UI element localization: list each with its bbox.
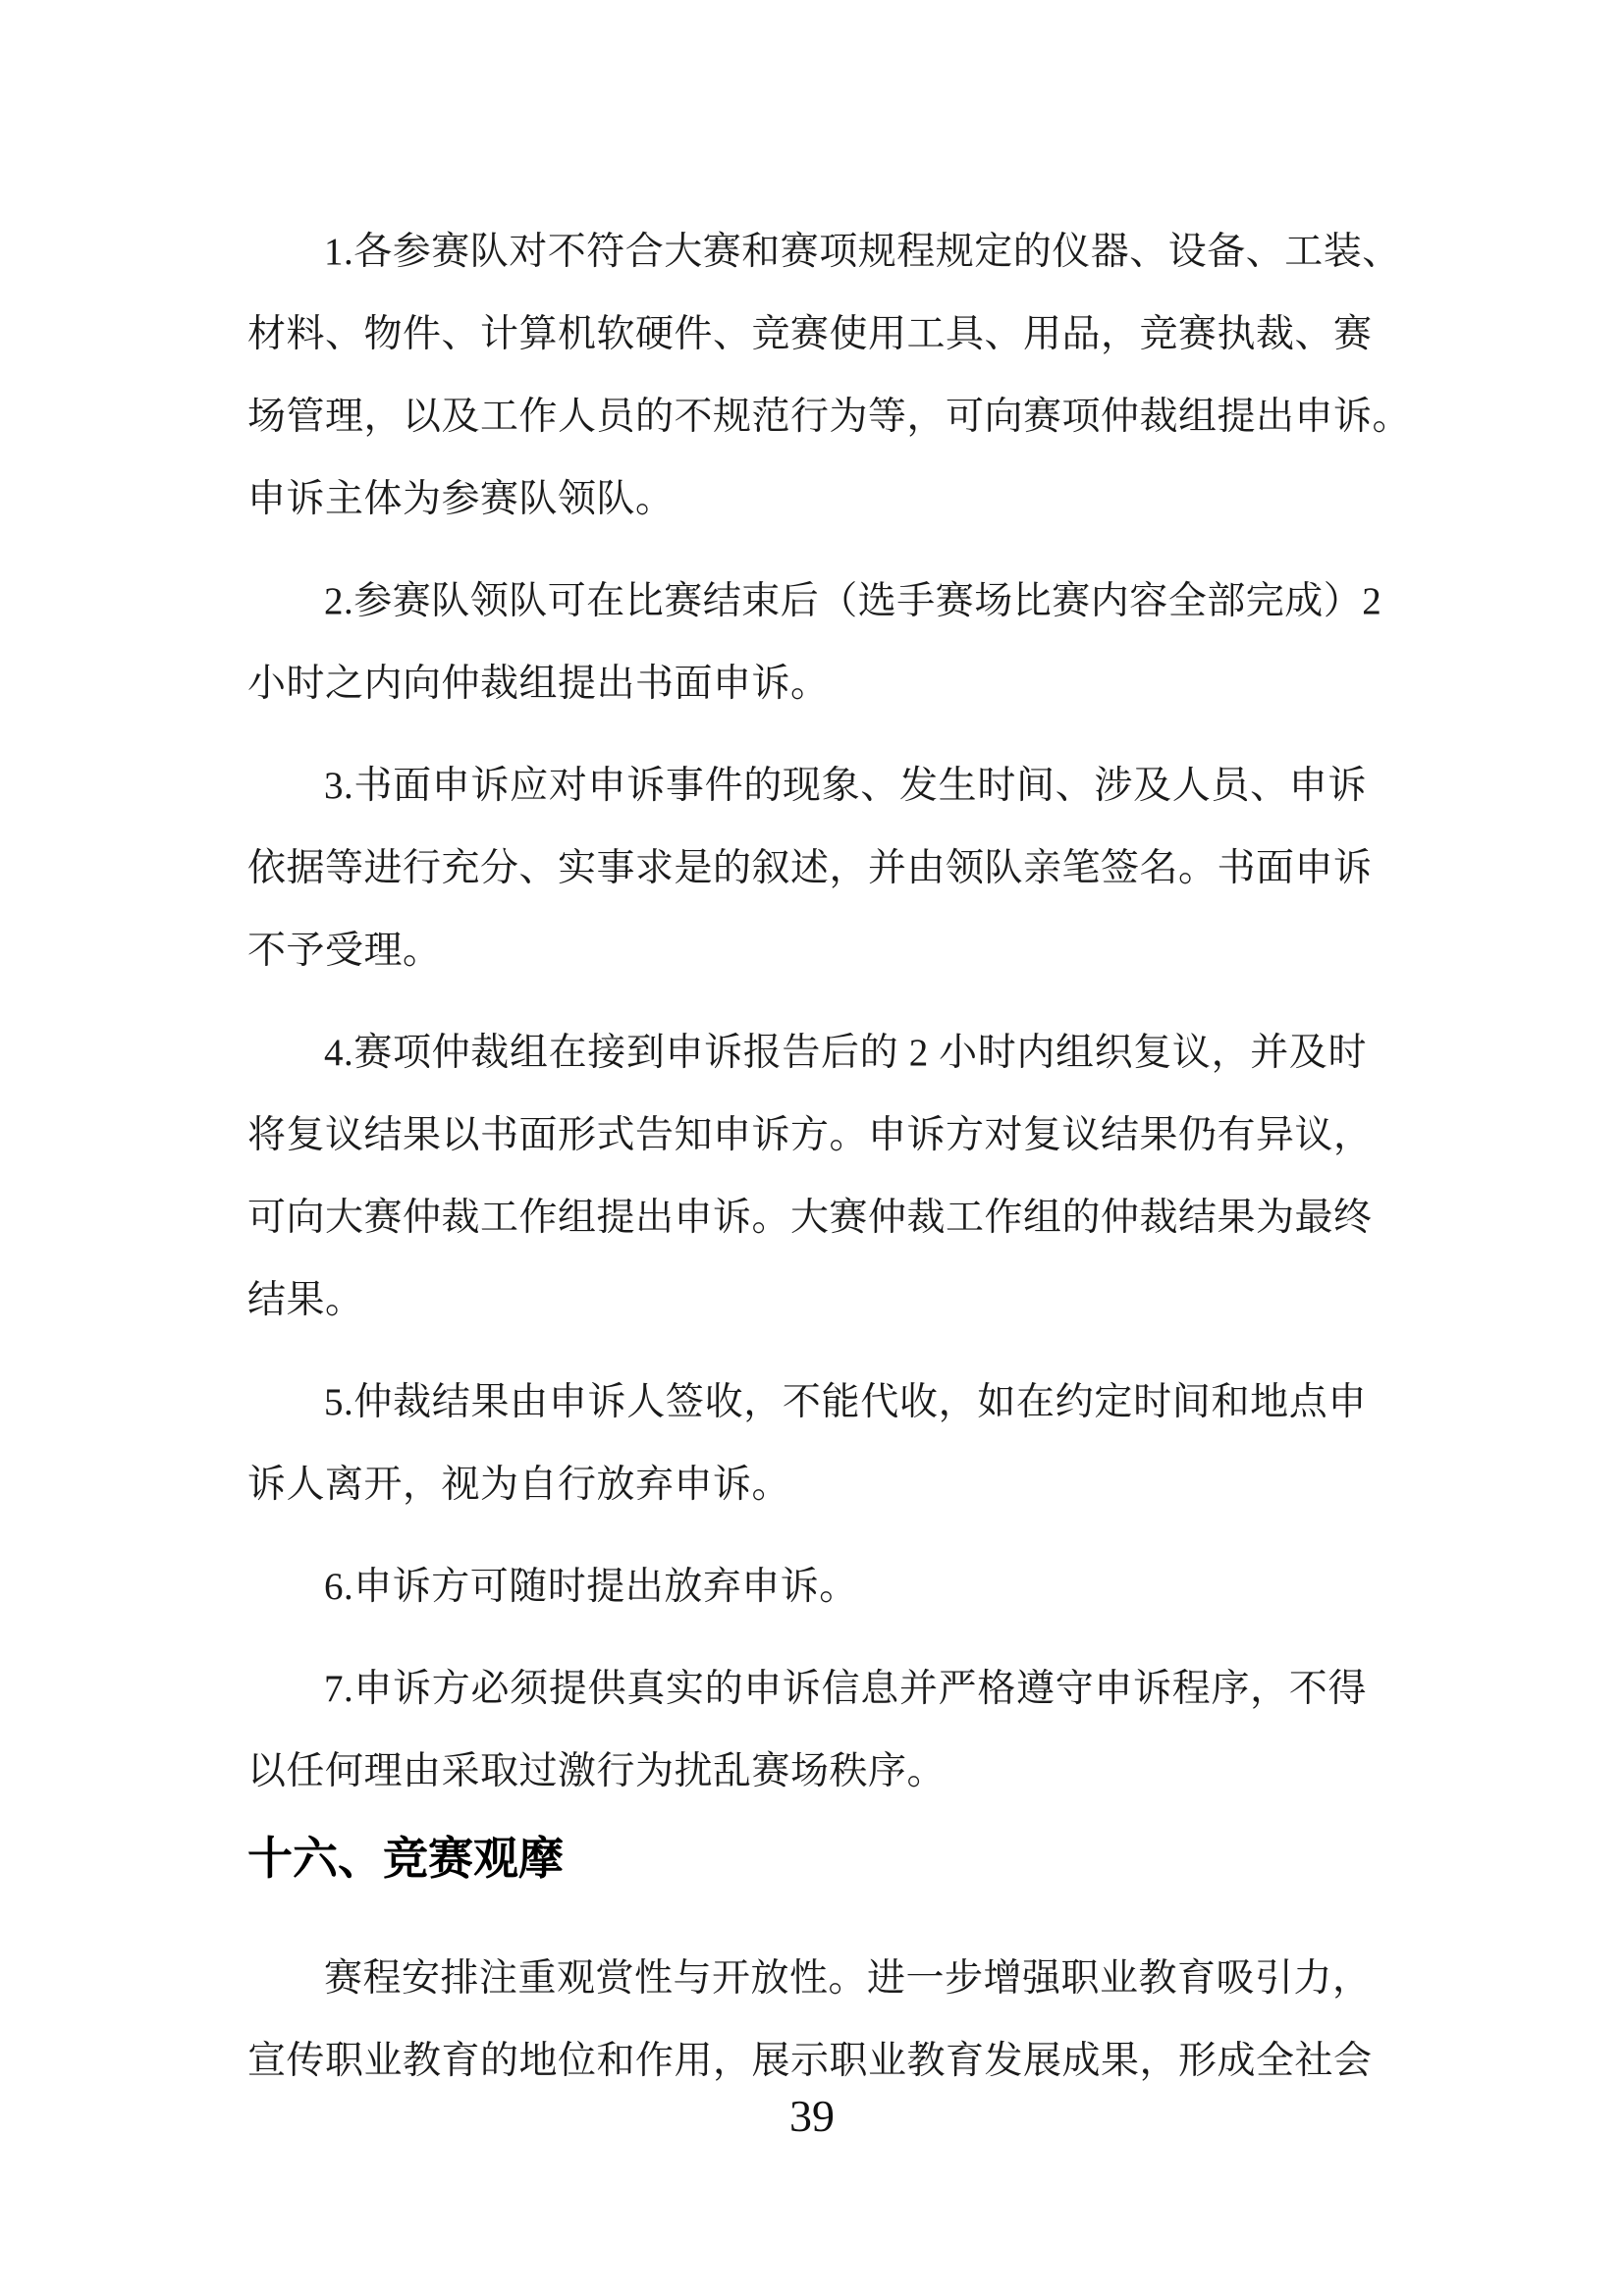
text-line: 将复议结果以书面形式告知申诉方。申诉方对复议结果仍有异议， [247, 1095, 1367, 1177]
document-page: 1.各参赛队对不符合大赛和赛项规程规定的仪器、设备、工装、材料、物件、计算机软硬… [0, 0, 1624, 2296]
paragraph: 6.申诉方可随时提出放弃申诉。 [247, 1546, 1367, 1629]
text-line: 7.申诉方必须提供真实的申诉信息并严格遵守申诉程序，不得 [247, 1648, 1367, 1731]
text-line: 4.赛项仲裁组在接到申诉报告后的 2 小时内组织复议，并及时 [247, 1012, 1367, 1095]
text-line: 结果。 [247, 1259, 1367, 1342]
paragraph: 赛程安排注重观赏性与开放性。进一步增强职业教育吸引力，宣传职业教育的地位和作用，… [247, 1938, 1367, 2103]
section-heading: 十六、竞赛观摩 [247, 1817, 1367, 1899]
text-line: 诉人离开，视为自行放弃申诉。 [247, 1444, 1367, 1526]
text-line: 2.参赛队领队可在比赛结束后（选手赛场比赛内容全部完成）2 [247, 561, 1367, 643]
text-line: 1.各参赛队对不符合大赛和赛项规程规定的仪器、设备、工装、 [247, 211, 1367, 294]
document-body: 1.各参赛队对不符合大赛和赛项规程规定的仪器、设备、工装、材料、物件、计算机软硬… [247, 211, 1367, 2122]
paragraph: 4.赛项仲裁组在接到申诉报告后的 2 小时内组织复议，并及时将复议结果以书面形式… [247, 1012, 1367, 1342]
text-line: 申诉主体为参赛队领队。 [247, 458, 1367, 541]
paragraph: 7.申诉方必须提供真实的申诉信息并严格遵守申诉程序，不得以任何理由采取过激行为扰… [247, 1648, 1367, 1813]
text-line: 5.仲裁结果由申诉人签收，不能代收，如在约定时间和地点申 [247, 1362, 1367, 1444]
paragraph: 3.书面申诉应对申诉事件的现象、发生时间、涉及人员、申诉依据等进行充分、实事求是… [247, 745, 1367, 992]
text-line: 小时之内向仲裁组提出书面申诉。 [247, 643, 1367, 725]
text-line: 3.书面申诉应对申诉事件的现象、发生时间、涉及人员、申诉 [247, 745, 1367, 828]
text-line: 可向大赛仲裁工作组提出申诉。大赛仲裁工作组的仲裁结果为最终 [247, 1177, 1367, 1259]
text-line: 场管理，以及工作人员的不规范行为等，可向赛项仲裁组提出申诉。 [247, 376, 1367, 458]
text-line: 材料、物件、计算机软硬件、竞赛使用工具、用品，竞赛执裁、赛 [247, 294, 1367, 376]
text-line: 6.申诉方可随时提出放弃申诉。 [247, 1546, 1367, 1629]
text-line: 依据等进行充分、实事求是的叙述，并由领队亲笔签名。书面申诉 [247, 828, 1367, 910]
text-line: 赛程安排注重观赏性与开放性。进一步增强职业教育吸引力， [247, 1938, 1367, 2020]
paragraph: 1.各参赛队对不符合大赛和赛项规程规定的仪器、设备、工装、材料、物件、计算机软硬… [247, 211, 1367, 541]
page-number: 39 [0, 2087, 1624, 2146]
text-line: 不予受理。 [247, 910, 1367, 992]
paragraph: 2.参赛队领队可在比赛结束后（选手赛场比赛内容全部完成）2小时之内向仲裁组提出书… [247, 561, 1367, 725]
text-line: 以任何理由采取过激行为扰乱赛场秩序。 [247, 1731, 1367, 1813]
paragraph: 5.仲裁结果由申诉人签收，不能代收，如在约定时间和地点申诉人离开，视为自行放弃申… [247, 1362, 1367, 1526]
